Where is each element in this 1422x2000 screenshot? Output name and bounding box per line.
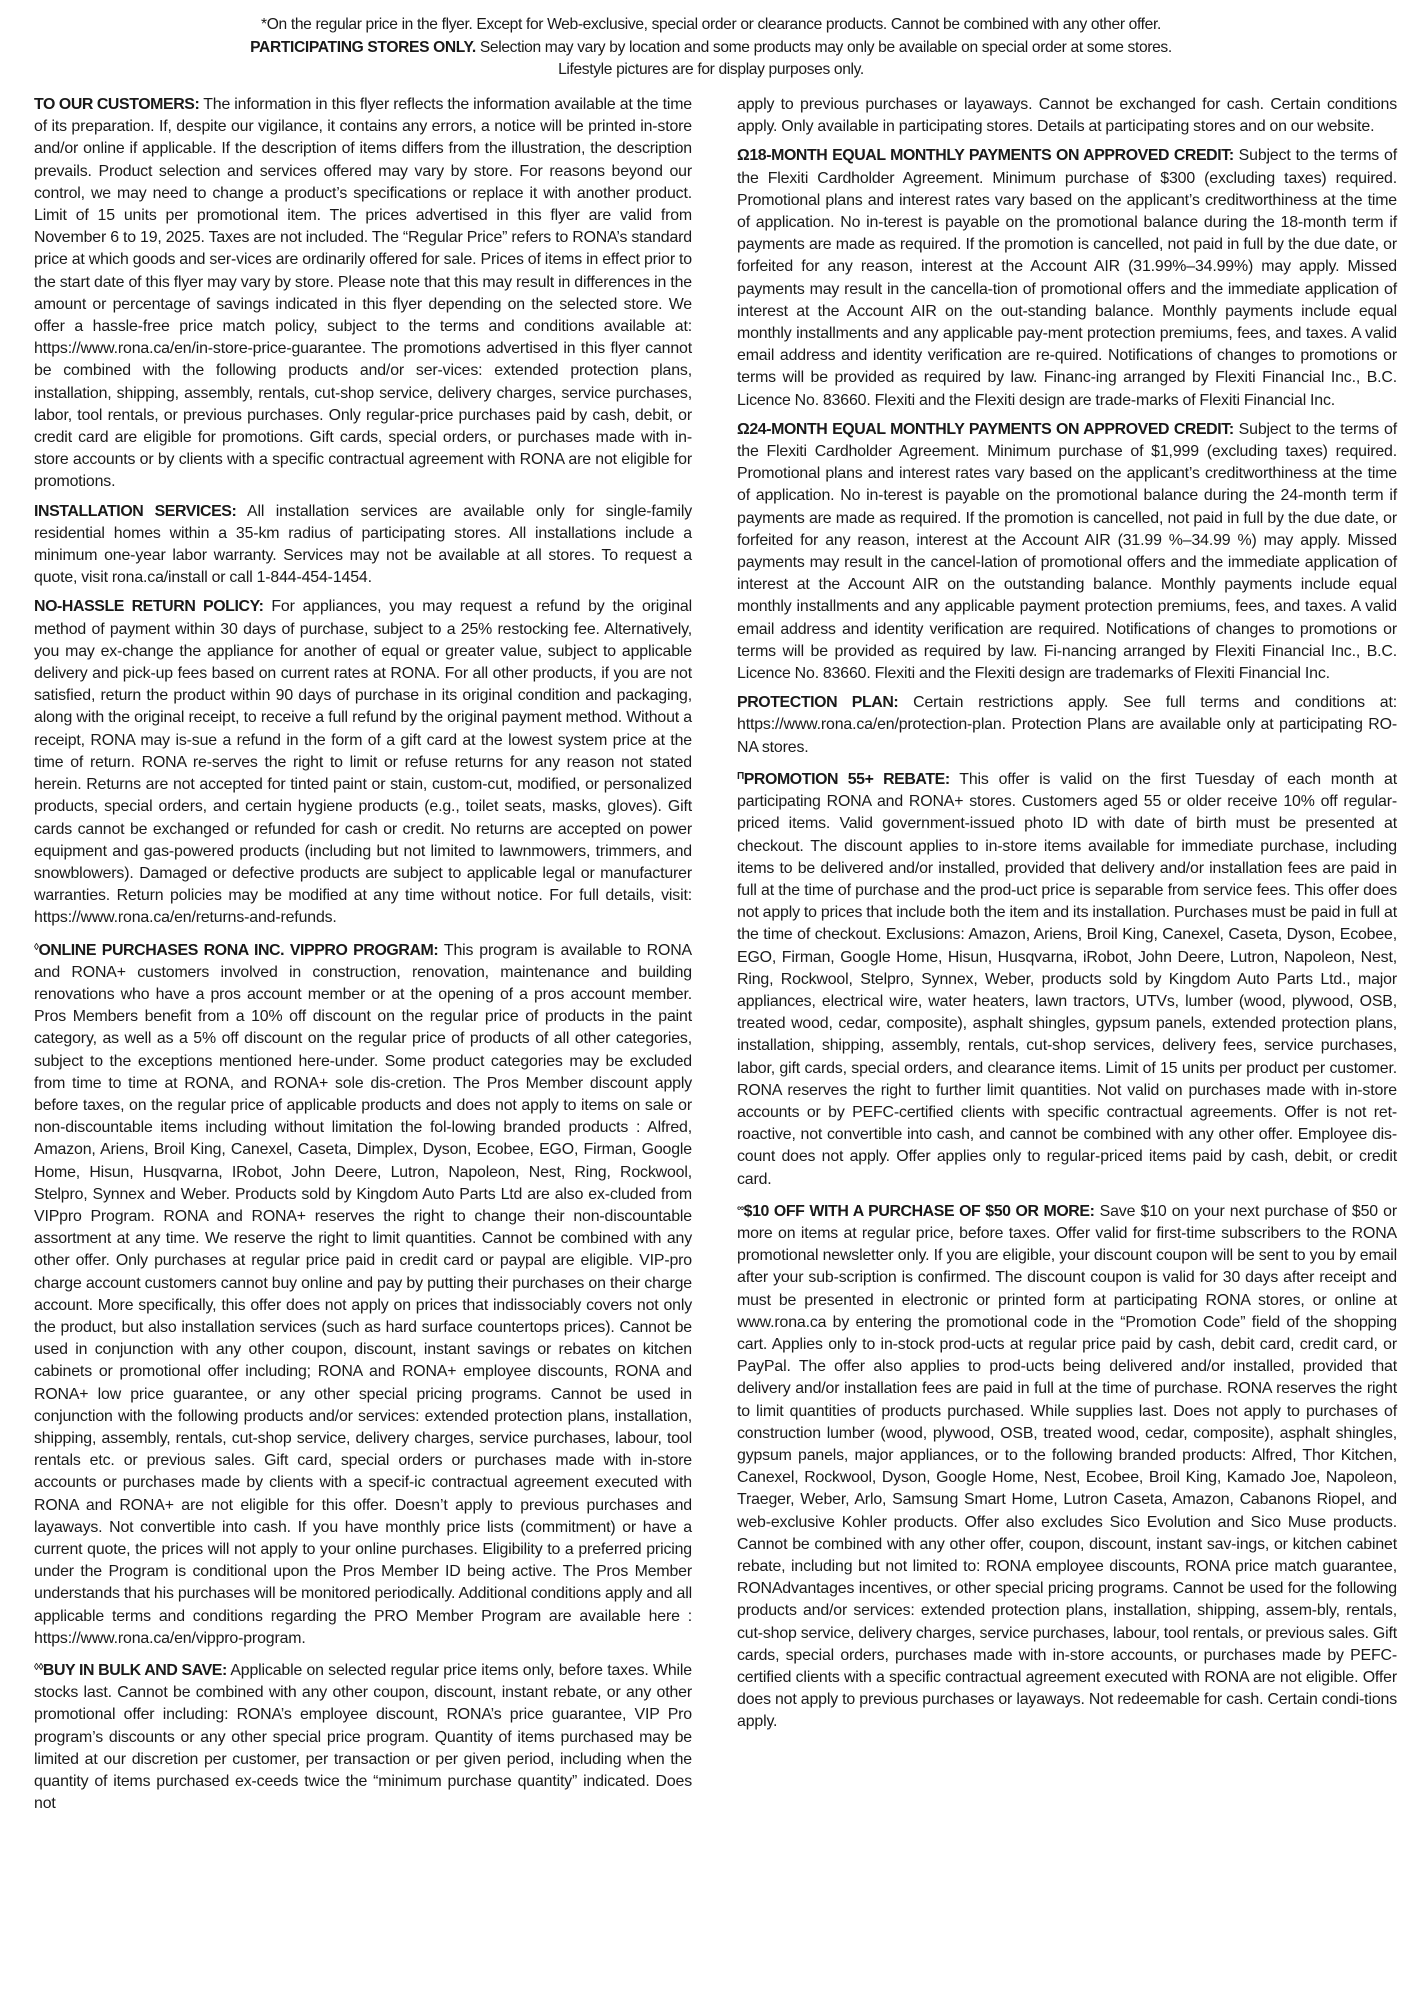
section-title: Ω24-MONTH EQUAL MONTHLY PAYMENTS ON APPR… [737,421,1234,438]
section-body: Save $10 on your next purchase of $50 or… [737,1203,1397,1731]
double-lozenge-footnote-icon: ◊◊ [34,1662,43,1673]
participating-stores-label: PARTICIPATING STORES ONLY. [250,39,476,56]
flyer-legal-page: *On the regular price in the flyer. Exce… [0,0,1422,2000]
section-title: PROMOTION 55+ REBATE: [744,771,950,788]
section-protection-plan: PROTECTION PLAN: Certain restrictions ap… [737,692,1397,759]
infinity-footnote-icon: ∞ [737,1203,744,1214]
section-ten-off-fifty: ∞$10 OFF WITH A PURCHASE OF $50 OR MORE:… [737,1198,1397,1734]
section-title: Ω18-MONTH EQUAL MONTHLY PAYMENTS ON APPR… [737,147,1234,164]
pi-footnote-icon: Π [737,771,744,782]
disclaimer-header: *On the regular price in the flyer. Exce… [0,14,1422,82]
section-financing-18-month: Ω18-MONTH EQUAL MONTHLY PAYMENTS ON APPR… [737,145,1397,411]
section-body: apply to previous purchases or layaways.… [737,96,1397,135]
section-body: Applicable on selected regular price ite… [34,1662,692,1812]
section-buy-in-bulk-continued: apply to previous purchases or layaways.… [737,94,1397,138]
section-title: INSTALLATION SERVICES: [34,503,236,520]
section-promotion-55-rebate: ΠPROMOTION 55+ REBATE: This offer is val… [737,766,1397,1191]
left-column: TO OUR CUSTOMERS: The information in thi… [34,94,692,1822]
participating-stores-text: Selection may vary by location and some … [476,39,1172,56]
section-title: NO-HASSLE RETURN POLICY: [34,598,264,615]
section-body: Subject to the terms of the Flexiti Card… [737,421,1397,682]
section-financing-24-month: Ω24-MONTH EQUAL MONTHLY PAYMENTS ON APPR… [737,419,1397,685]
right-column: apply to previous purchases or layaways.… [737,94,1397,1741]
section-vippro-program: ◊ONLINE PURCHASES RONA INC. VIPPRO PROGR… [34,937,692,1651]
section-body: This program is available to RONA and RO… [34,942,692,1647]
section-body: This offer is valid on the first Tuesday… [737,771,1397,1188]
section-title: PROTECTION PLAN: [737,694,898,711]
legal-columns: TO OUR CUSTOMERS: The information in thi… [34,94,1398,1994]
disclaimer-line-lifestyle-pictures: Lifestyle pictures are for display purpo… [0,59,1422,82]
section-installation-services: INSTALLATION SERVICES: All installation … [34,501,692,590]
section-body: Subject to the terms of the Flexiti Card… [737,147,1397,408]
section-buy-in-bulk: ◊◊BUY IN BULK AND SAVE: Applicable on se… [34,1657,692,1815]
section-title: $10 OFF WITH A PURCHASE OF $50 OR MORE: [744,1203,1095,1220]
section-title: ONLINE PURCHASES RONA INC. VIPPRO PROGRA… [38,942,438,959]
section-return-policy: NO-HASSLE RETURN POLICY: For appliances,… [34,596,692,929]
section-body: For appliances, you may request a refund… [34,598,692,926]
section-body: The information in this flyer reflects t… [34,96,692,490]
section-title: BUY IN BULK AND SAVE: [43,1662,227,1679]
section-title: TO OUR CUSTOMERS: [34,96,199,113]
section-to-our-customers: TO OUR CUSTOMERS: The information in thi… [34,94,692,494]
disclaimer-line-regular-price: *On the regular price in the flyer. Exce… [0,14,1422,37]
disclaimer-line-participating-stores: PARTICIPATING STORES ONLY. Selection may… [0,37,1422,60]
